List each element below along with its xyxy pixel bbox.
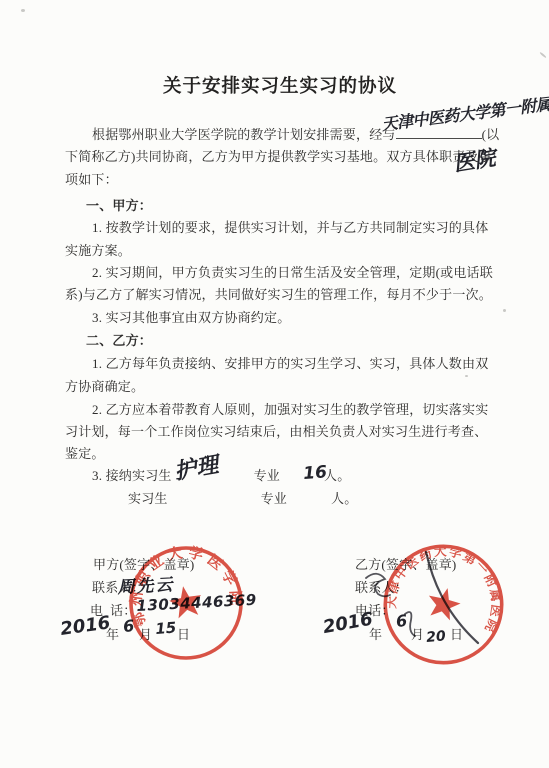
clause-1-3: 3. 实习其他事宜由双方协商约定。 <box>92 310 290 326</box>
handwritten-intern-count: 16 <box>303 462 328 484</box>
intro-line-1: 根据鄂州职业大学医学院的教学计划安排需要，经与(以 <box>92 126 499 142</box>
major-label-2: 专业 <box>261 491 287 506</box>
major-label: 专业 <box>254 468 280 483</box>
clause-2-3-line-2: 实习生专业人。 <box>128 491 357 507</box>
major-blank-gap-2 <box>168 502 261 503</box>
scan-speck <box>21 9 25 12</box>
clause-1-2-line-2: 系)与乙方了解实习情况，共同做好实习生的管理工作，每月不少于一次。 <box>65 287 492 303</box>
seal-a-text: 鄂州职业大学医学院 <box>118 535 248 629</box>
intro-line-2: 下简称乙方)共同协商，乙方为甲方提供教学实习基地。双方具体职责及事 <box>65 149 492 165</box>
count-blank-gap-2 <box>287 502 331 503</box>
clause-1-1-line-1: 1. 按教学计划的要求，提供实习计划，并与乙方共同制定实习的具体 <box>92 220 488 236</box>
clause-2-1-line-2: 方协商确定。 <box>65 379 144 395</box>
clause-1-1-line-2: 实施方案。 <box>65 243 131 259</box>
signature-scribble-party-b <box>350 540 520 665</box>
persons-suffix-2: 人。 <box>331 491 357 506</box>
section-1-header: 一、甲方： <box>86 198 152 214</box>
clause-2-2-line-1: 2. 乙方应本着带教育人原则，加强对实习生的教学管理，切实落实实 <box>92 402 488 418</box>
clause-2-2-line-3: 鉴定。 <box>65 446 105 462</box>
svg-text:鄂州职业大学医学院: 鄂州职业大学医学院 <box>118 535 248 629</box>
signature-slash-stroke <box>426 552 478 643</box>
scan-speck <box>465 375 468 377</box>
document-title: 关于安排实习生实习的协议 <box>0 72 549 98</box>
clause-1-2-line-1: 2. 实习期间，甲方负责实习生的日常生活及安全管理，定期(或电话联 <box>92 265 493 281</box>
signature-hook-stroke <box>405 612 415 636</box>
section-2-header: 二、乙方： <box>86 333 152 349</box>
seal-a-star-icon <box>167 583 204 619</box>
clause-2-2-line-2: 习计划，每一个工作岗位实习结束后，由相关负责人对实习生进行考查、 <box>65 424 487 440</box>
intro-line-1-text: 根据鄂州职业大学医学院的教学计划安排需要，经与 <box>92 127 396 142</box>
handwritten-date-a-year: 2016 <box>59 612 112 640</box>
persons-suffix: 人。 <box>324 468 350 483</box>
scan-mark <box>539 52 546 59</box>
handwritten-hospital-name-line2: 医院 <box>451 142 497 178</box>
contact-b-scribble <box>366 574 390 597</box>
accept-interns-prefix: 3. 接纳实习生 <box>92 468 172 483</box>
scan-speck <box>503 309 506 312</box>
clause-2-1-line-1: 1. 乙方每年负责接纳、安排甲方的实习生学习、实习，具体人数由双 <box>92 356 488 372</box>
scanned-agreement-document: 关于安排实习生实习的协议 根据鄂州职业大学医学院的教学计划安排需要，经与(以 下… <box>0 0 549 768</box>
intro-line-3: 项如下： <box>65 172 118 188</box>
intro-line-1-tail: (以 <box>482 127 500 142</box>
intern-prefix-2: 实习生 <box>128 491 168 506</box>
official-seal-party-a: 鄂州职业大学医学院 <box>116 533 255 672</box>
